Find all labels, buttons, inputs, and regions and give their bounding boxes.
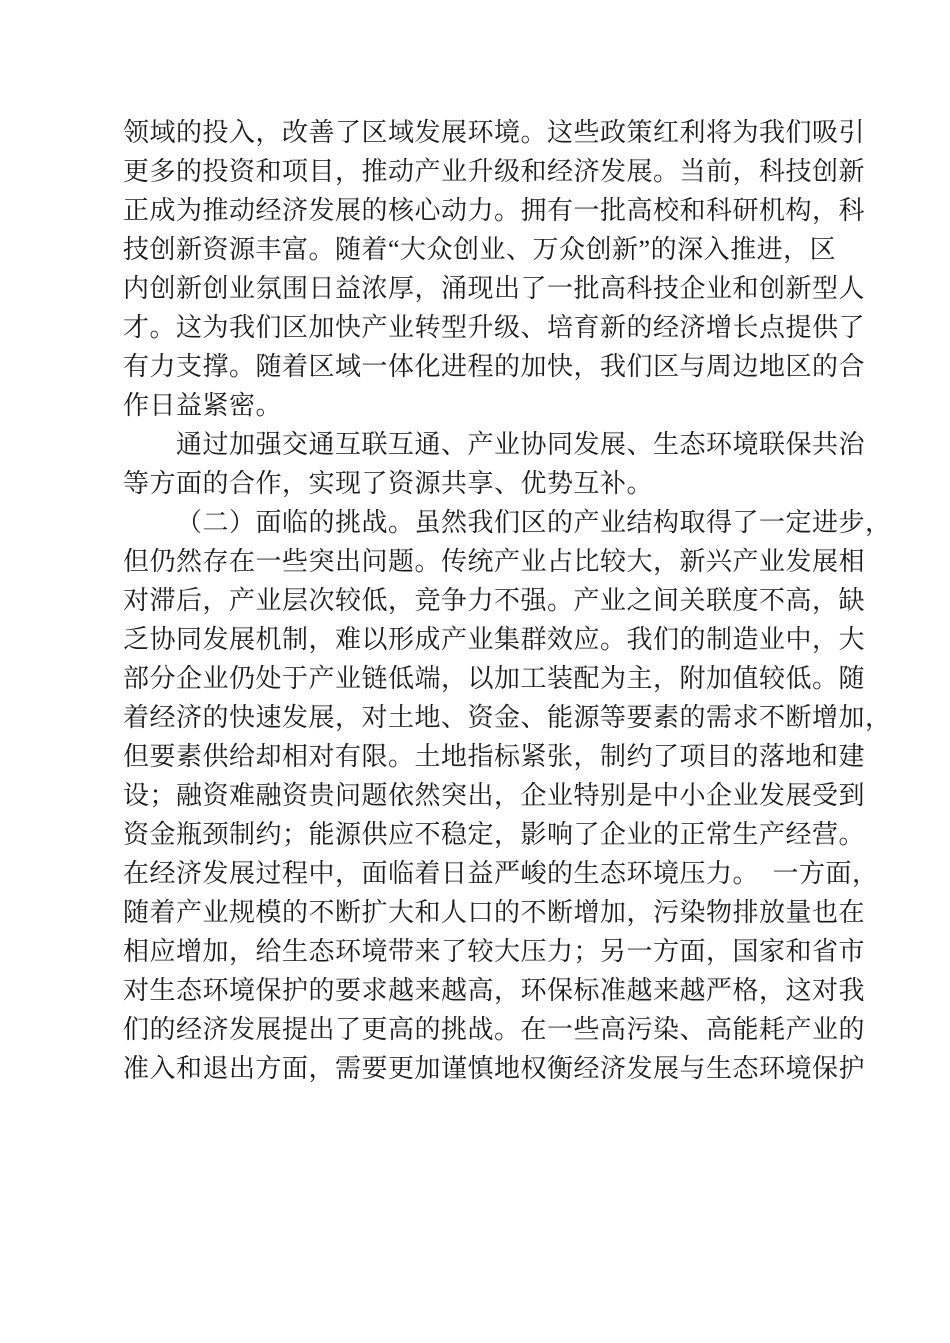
text-line: 但仍然存在一些突出问题。传统产业占比较大，新兴产业发展相 — [123, 542, 865, 581]
paragraph: 领域的投入，改善了区域发展环境。这些政策红利将为我们吸引更多的投资和项目，推动产… — [123, 113, 865, 425]
paragraph: 通过加强交通互联互通、产业协同发展、生态环境联保共治等方面的合作，实现了资源共享… — [123, 425, 865, 503]
text-line: 着经济的快速发展，对土地、资金、能源等要素的需求不断增加， — [123, 698, 865, 737]
text-line: 资金瓶颈制约；能源供应不稳定，影响了企业的正常生产经营。 — [123, 815, 865, 854]
text-line: 随着产业规模的不断扩大和人口的不断增加，污染物排放量也在 — [123, 893, 865, 932]
text-line: 等方面的合作，实现了资源共享、优势互补。 — [123, 464, 865, 503]
document-page: 领域的投入，改善了区域发展环境。这些政策红利将为我们吸引更多的投资和项目，推动产… — [0, 0, 950, 1343]
text-line: 设；融资难融资贵问题依然突出，企业特别是中小企业发展受到 — [123, 776, 865, 815]
text-line: 们的经济发展提出了更高的挑战。在一些高污染、高能耗产业的 — [123, 1010, 865, 1049]
text-line: 但要素供给却相对有限。土地指标紧张，制约了项目的落地和建 — [123, 737, 865, 776]
text-line: 正成为推动经济发展的核心动力。拥有一批高校和科研机构，科 — [123, 191, 865, 230]
text-line: 更多的投资和项目，推动产业升级和经济发展。当前，科技创新 — [123, 152, 865, 191]
text-line: 内创新创业氛围日益浓厚，涌现出了一批高科技企业和创新型人 — [123, 269, 865, 308]
text-line: 对生态环境保护的要求越来越高，环保标准越来越严格，这对我 — [123, 971, 865, 1010]
text-line: 通过加强交通互联互通、产业协同发展、生态环境联保共治 — [123, 425, 865, 464]
document-text-block: 领域的投入，改善了区域发展环境。这些政策红利将为我们吸引更多的投资和项目，推动产… — [123, 113, 865, 1088]
text-line: 有力支撑。随着区域一体化进程的加快，我们区与周边地区的合 — [123, 347, 865, 386]
text-line: 作日益紧密。 — [123, 386, 865, 425]
text-line: 才。这为我们区加快产业转型升级、培育新的经济增长点提供了 — [123, 308, 865, 347]
text-line: 相应增加，给生态环境带来了较大压力；另一方面，国家和省市 — [123, 932, 865, 971]
text-line: 乏协同发展机制，难以形成产业集群效应。我们的制造业中，大 — [123, 620, 865, 659]
text-line: 领域的投入，改善了区域发展环境。这些政策红利将为我们吸引 — [123, 113, 865, 152]
text-line: 技创新资源丰富。随着“大众创业、万众创新”的深入推进，区 — [123, 230, 865, 269]
text-line: 在经济发展过程中，面临着日益严峻的生态环境压力。 一方面， — [123, 854, 865, 893]
text-line: （二）面临的挑战。虽然我们区的产业结构取得了一定进步， — [123, 503, 865, 542]
text-line: 对滞后，产业层次较低，竞争力不强。产业之间关联度不高，缺 — [123, 581, 865, 620]
text-line: 部分企业仍处于产业链低端，以加工装配为主，附加值较低。随 — [123, 659, 865, 698]
paragraph: （二）面临的挑战。虽然我们区的产业结构取得了一定进步，但仍然存在一些突出问题。传… — [123, 503, 865, 1088]
text-line: 准入和退出方面，需要更加谨慎地权衡经济发展与生态环境保护 — [123, 1049, 865, 1088]
